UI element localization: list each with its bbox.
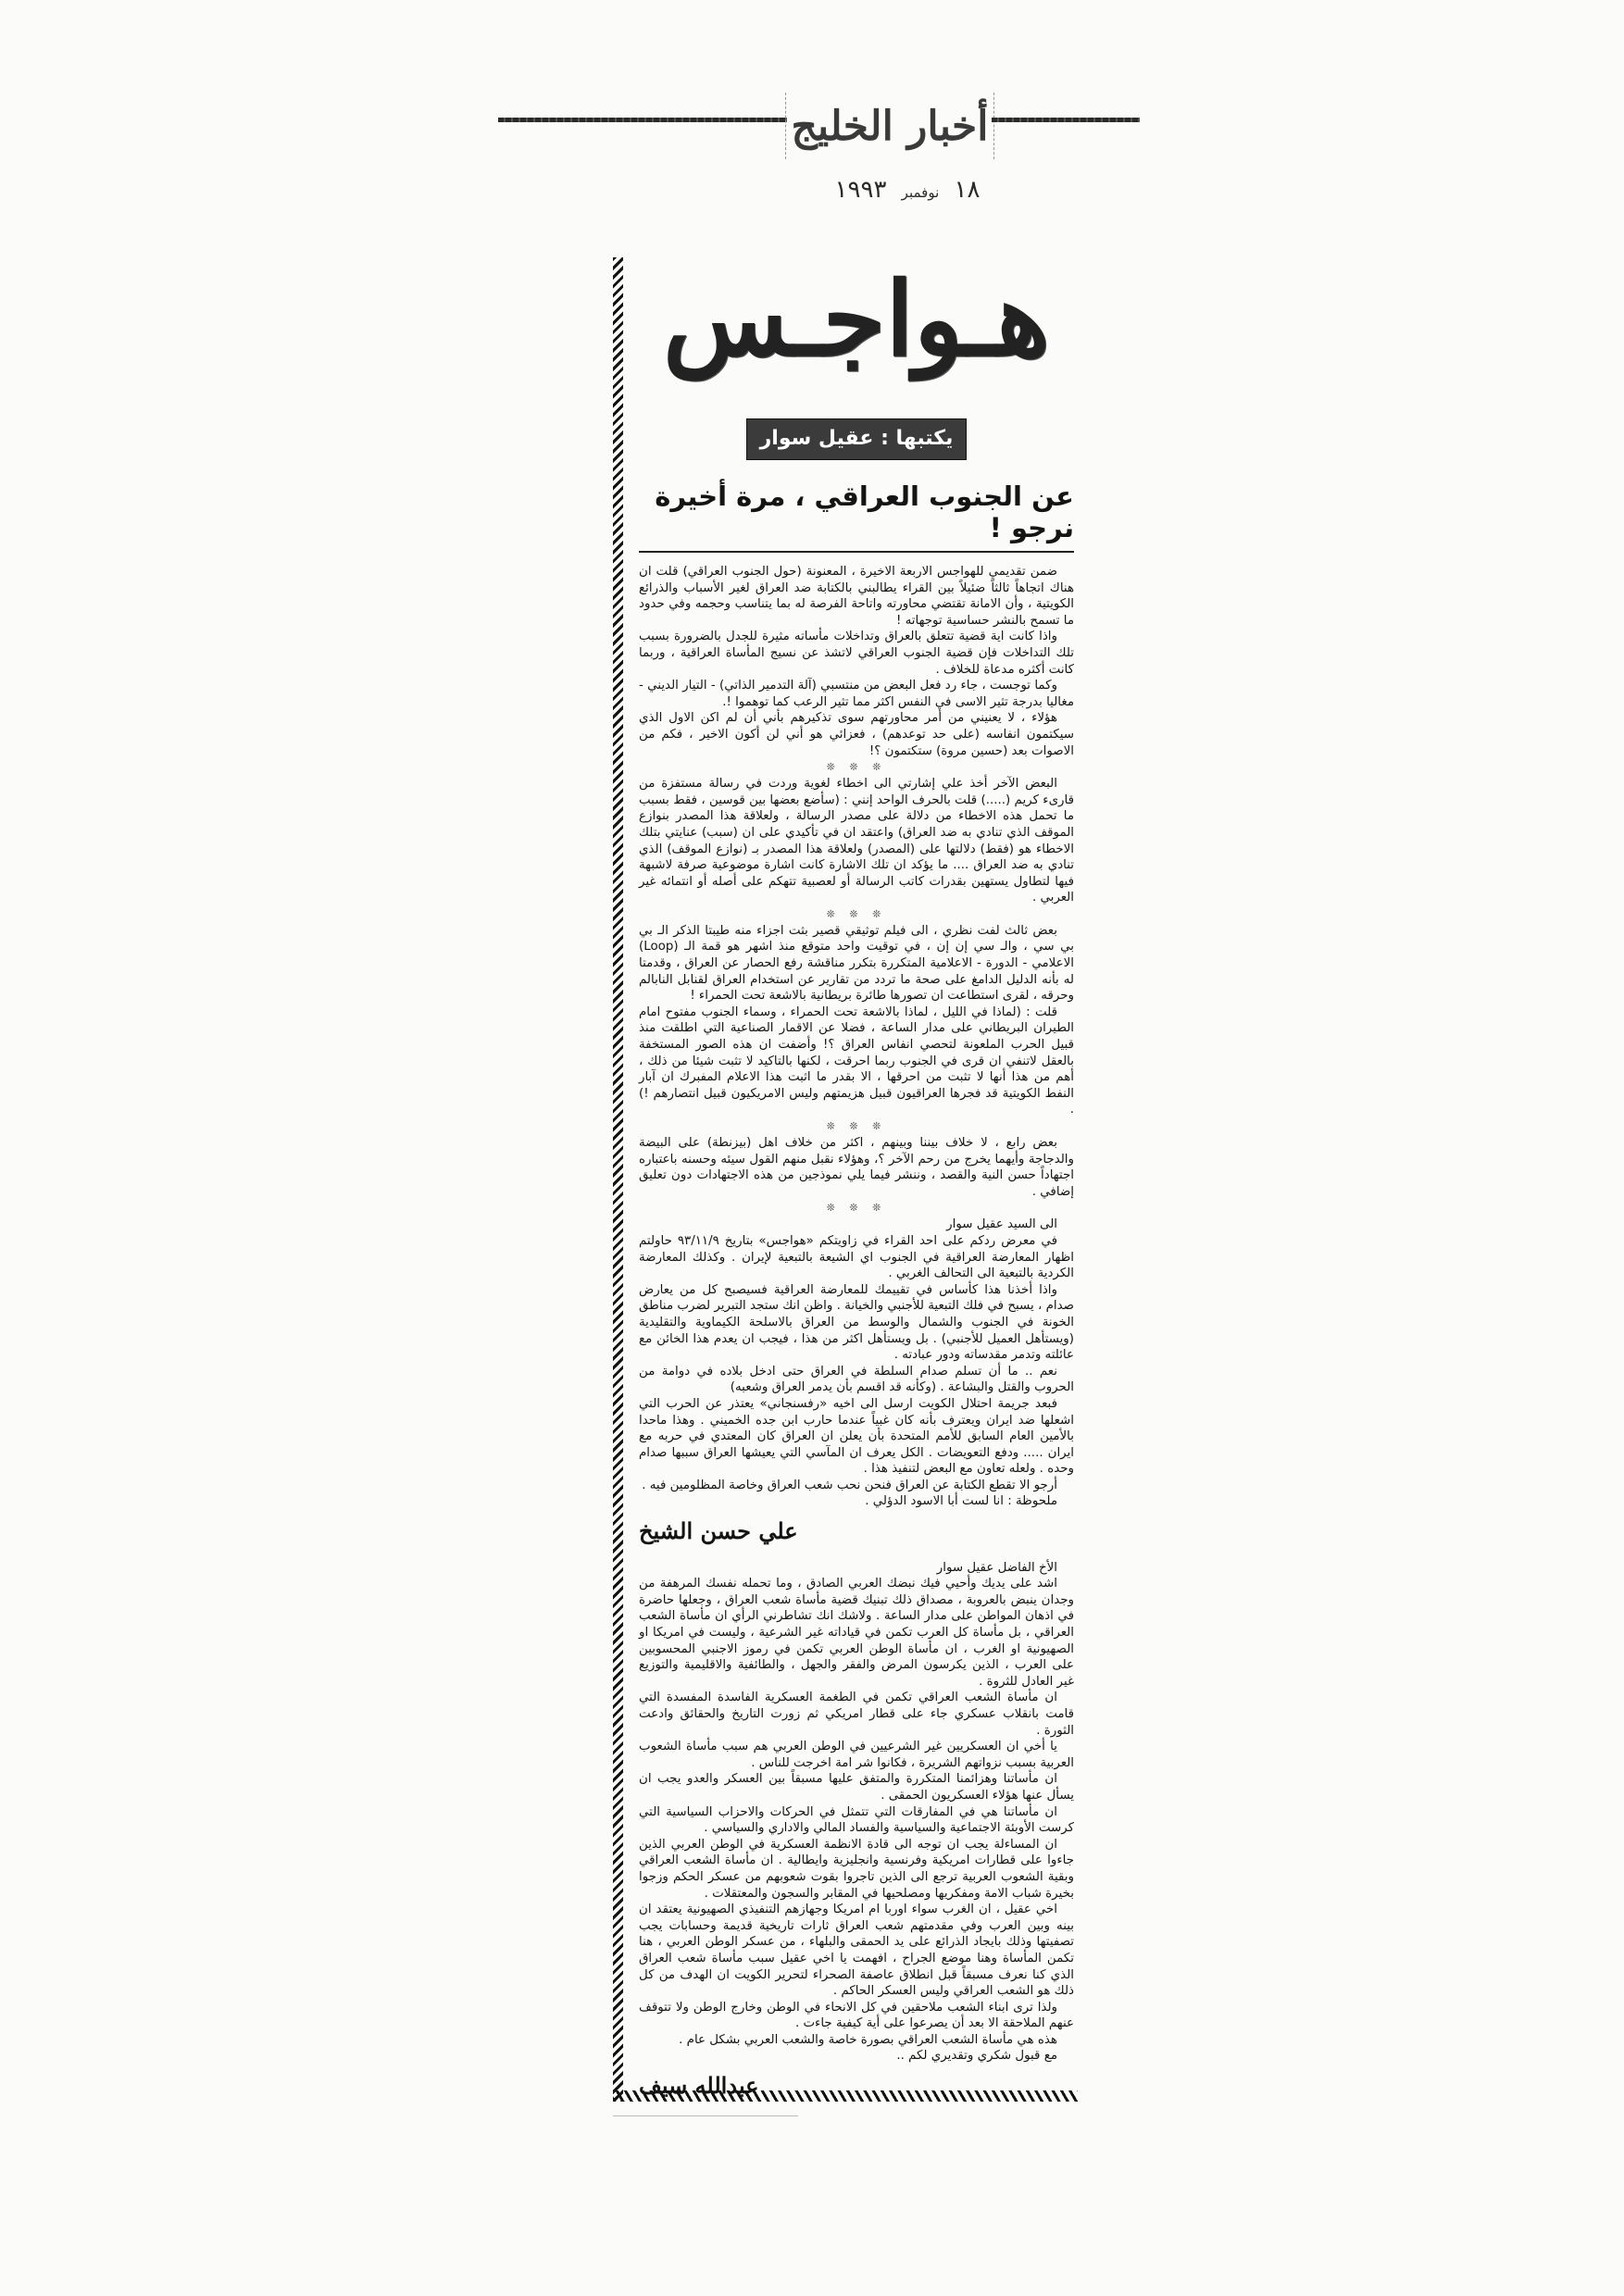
headline: عن الجنوب العراقي ، مرة أخيرة نرجو ! — [639, 480, 1074, 553]
newspaper-name: أخبار الخليج — [792, 103, 989, 150]
paragraph: اشد على يديك وأحيي فيك نبضك العربي الصاد… — [639, 1576, 1074, 1690]
byline-badge: يكتبها : عقيل سوار — [746, 418, 968, 460]
paragraph: ضمن تقديمي للهواجس الاربعة الاخيرة ، الم… — [639, 564, 1074, 629]
section-separator: ❊ ❊ ❊ — [639, 1200, 1074, 1217]
letter-1-signature: علي حسن الشيخ — [639, 1523, 1074, 1540]
letter-2-signature: عبدالله سيف — [639, 2078, 1074, 2094]
masthead-rule-left — [498, 118, 787, 122]
paragraph: البعض الآخر أخذ علي إشارتي الى اخطاء لغو… — [639, 776, 1074, 906]
paragraph: ان مأساتنا وهزائمنا المتكررة والمتفق علي… — [639, 1771, 1074, 1803]
date-year: ١٩٩٣ — [835, 176, 887, 204]
paragraph: مع قبول شكري وتقديري لكم .. — [639, 2048, 1074, 2065]
paragraph: في معرض ردكم على احد القراء في زاويتكم «… — [639, 1233, 1074, 1282]
letter-1-salutation: الى السيد عقيل سوار — [639, 1217, 1074, 1233]
paragraph: فبعد جريمة احتلال الكويت ارسل الى اخيه «… — [639, 1396, 1074, 1478]
article-body: ضمن تقديمي للهواجس الاربعة الاخيرة ، الم… — [639, 564, 1074, 2094]
date-month: نوفمبر — [902, 184, 940, 201]
paragraph: أرجو الا تقطع الكتابة عن العراق فنحن نحب… — [639, 1478, 1074, 1494]
paragraph: بعض رابع ، لا خلاف بيننا وبينهم ، اكثر م… — [639, 1135, 1074, 1200]
paragraph: هذه هي مأساة الشعب العراقي بصورة خاصة وا… — [639, 2032, 1074, 2049]
paragraph: بعض ثالث لفت نظري ، الى فيلم توثيقي قصير… — [639, 923, 1074, 1004]
paragraph: قلت : (لماذا في الليل ، لماذا بالاشعة تح… — [639, 1004, 1074, 1118]
paragraph: يا أخي ان العسكريين غير الشرعيين في الوط… — [639, 1739, 1074, 1771]
masthead: أخبار الخليج — [785, 93, 994, 159]
paragraph: نعم .. ما أن تسلم صدام السلطة في العراق … — [639, 1364, 1074, 1396]
paragraph: ولذا ترى ابناء الشعب ملاحقين في كل الانح… — [639, 2000, 1074, 2032]
article-column: هـواجـس يكتبها : عقيل سوار عن الجنوب الع… — [639, 257, 1074, 2094]
date-day: ١٨ — [955, 176, 981, 204]
paragraph: وكما توجست ، جاء رد فعل البعض من منتسبي … — [639, 678, 1074, 710]
paragraph: ملحوظة : انا لست أبا الاسود الدؤلي . — [639, 1493, 1074, 1510]
paragraph: واذا أخذنا هذا كأساس في تقييمك للمعارضة … — [639, 1282, 1074, 1364]
paragraph: ان مأساة الشعب العراقي تكمن في الطغمة ال… — [639, 1690, 1074, 1739]
scan-artifact-rule — [613, 2115, 798, 2116]
issue-date: ١٨ نوفمبر ١٩٩٣ — [796, 176, 1018, 204]
paragraph: ان مأساتنا هي في المفارقات التي تتمثل في… — [639, 1804, 1074, 1837]
hatched-border-left — [613, 257, 623, 2102]
masthead-rule-right — [992, 118, 1140, 122]
section-separator: ❊ ❊ ❊ — [639, 906, 1074, 923]
section-separator: ❊ ❊ ❊ — [639, 759, 1074, 776]
paragraph: اخي عقيل ، ان الغرب سواء اوربا ام امريكا… — [639, 1902, 1074, 2000]
paragraph: واذا كانت اية قضية تتعلق بالعراق وتداخلا… — [639, 629, 1074, 678]
paragraph: هؤلاء ، لا يعنيني من أمر محاورتهم سوى تذ… — [639, 710, 1074, 759]
paragraph: ان المساءلة يجب ان توجه الى قادة الانظمة… — [639, 1837, 1074, 1902]
letter-2-salutation: الأخ الفاضل عقيل سوار — [639, 1560, 1074, 1577]
section-separator: ❊ ❊ ❊ — [639, 1118, 1074, 1135]
article-clipping: هـواجـس يكتبها : عقيل سوار عن الجنوب الع… — [613, 257, 1131, 2102]
column-title: هـواجـس — [639, 259, 1074, 380]
